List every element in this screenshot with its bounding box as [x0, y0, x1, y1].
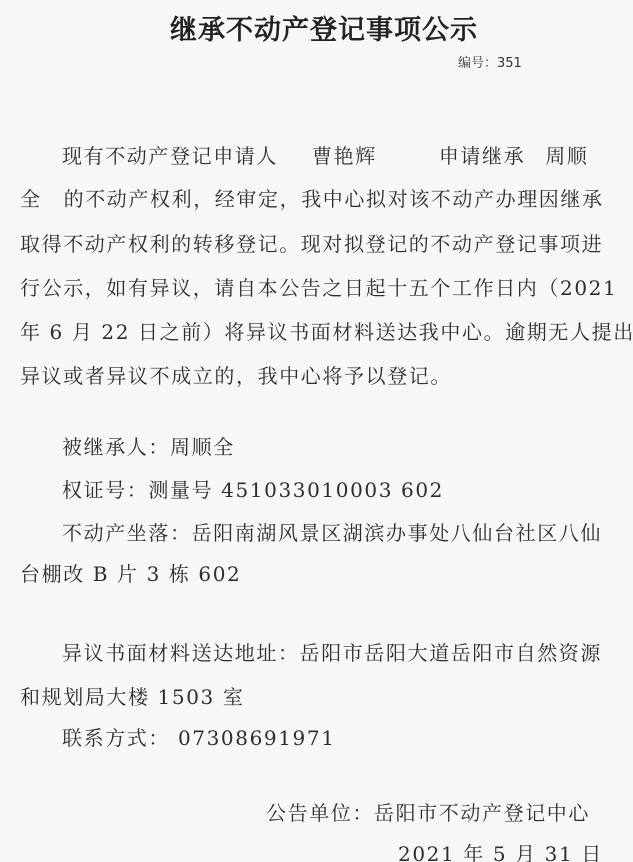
paragraph-line-1: 现有不动产登记申请人曹艳辉申请继承周顺: [62, 140, 588, 169]
paragraph-text: 的不动产权利，经审定，我中心拟对该不动产办理因继承: [64, 187, 604, 211]
certificate-line: 权证号：测量号 451033010003 602: [62, 474, 444, 503]
paragraph-line-4: 行公示，如有异议，请自本公告之日起十五个工作日内（2021: [20, 272, 617, 301]
document-number: 编号：351: [458, 52, 522, 71]
paragraph-line-2: 全的不动产权利，经审定，我中心拟对该不动产办理因继承: [20, 183, 604, 212]
paragraph-line-6: 异议或者异议不成立的，我中心将予以登记。: [20, 360, 452, 389]
deceased-name-part1: 周顺: [545, 144, 588, 168]
location-line-1: 不动产坐落：岳阳南湖风景区湖滨办事处八仙台社区八仙: [62, 517, 602, 546]
paragraph-line-3: 取得不动产权利的转移登记。现对拟登记的不动产登记事项进: [20, 228, 603, 257]
page-title: 继承不动产登记事项公示: [170, 8, 478, 47]
contact-line: 联系方式： 07308691971: [62, 722, 336, 751]
objection-address-line-2: 和规划局大楼 1503 室: [20, 681, 244, 710]
location-line-2: 台棚改 B 片 3 栋 602: [20, 558, 241, 587]
applicant-name: 曹艳辉: [312, 144, 377, 168]
issuer-line: 公告单位：岳阳市不动产登记中心: [266, 797, 590, 826]
objection-address-line-1: 异议书面材料送达地址：岳阳市岳阳大道岳阳市自然资源: [62, 637, 602, 666]
paragraph-line-5: 年 6 月 22 日之前）将异议书面材料送达我中心。逾期无人提出: [20, 316, 633, 345]
apply-inherit-text: 申请继承: [439, 144, 525, 168]
intro-text: 现有不动产登记申请人: [62, 144, 278, 168]
decedent-line: 被继承人：周顺全: [62, 431, 235, 460]
deceased-name-part2: 全: [20, 187, 42, 211]
issue-date: 2021 年 5 月 31 日: [398, 838, 603, 862]
